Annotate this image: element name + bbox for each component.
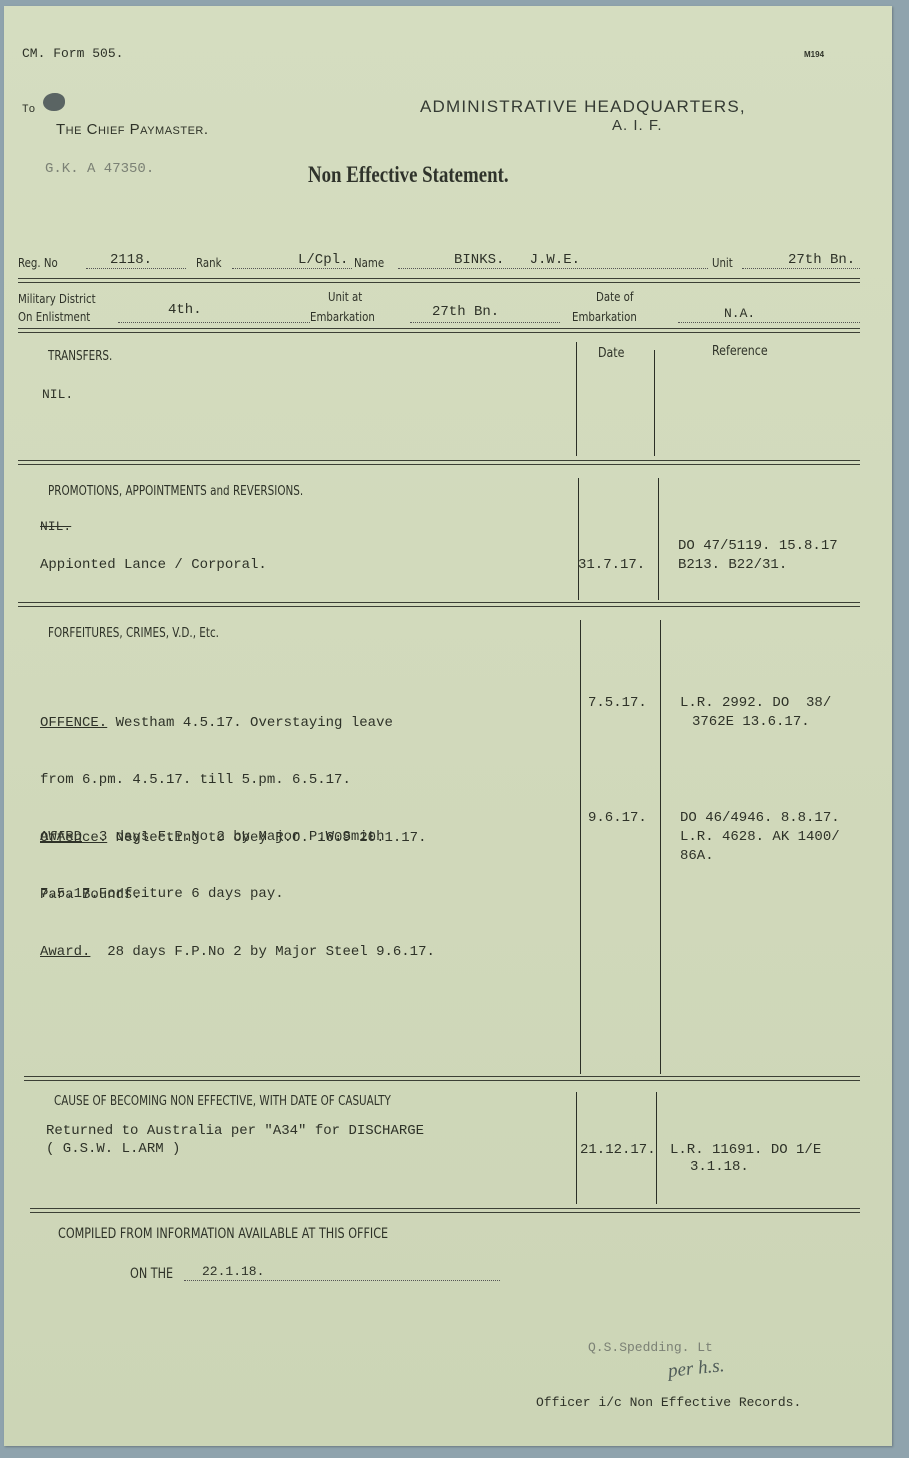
promotions-date: 31.7.17. [578, 557, 645, 573]
promotions-reference-2: B213. B22/31. [678, 557, 787, 573]
date-column-header: Date [598, 346, 624, 361]
print-code: M194 [804, 50, 824, 59]
offence-detail: Para Bounds. [40, 886, 435, 905]
name-label: Name [354, 256, 384, 270]
unit-line [742, 268, 860, 269]
unit-at-embarkation-label-1: Unit at [328, 290, 362, 304]
unit-value: 27th Bn. [788, 252, 855, 268]
divider [18, 278, 860, 283]
offence-label: OFFENCE. [40, 715, 107, 731]
transfers-heading: TRANSFERS. [48, 349, 112, 364]
signature-handwritten: per h.s. [667, 1355, 725, 1383]
reference-column-header: Reference [712, 344, 768, 359]
rank-value: L/Cpl. [298, 252, 348, 268]
date-of-embarkation-label-1: Date of [596, 290, 633, 304]
transfers-entry: NIL. [42, 387, 73, 402]
forfeiture-2-date: 9.6.17. [588, 810, 647, 826]
on-the-value: 22.1.18. [202, 1264, 264, 1279]
unit-at-embarkation-label-2: Embarkation [310, 310, 375, 324]
on-the-line [184, 1280, 500, 1281]
forfeiture-2-reference-1: DO 46/4946. 8.8.17. [680, 810, 840, 826]
reg-no-value: 2118. [110, 252, 152, 268]
cause-date: 21.12.17. [580, 1142, 656, 1158]
rank-label: Rank [196, 256, 221, 270]
divider [24, 1076, 860, 1081]
column-divider [576, 342, 577, 456]
forfeiture-2-reference-3: 86A. [680, 848, 714, 864]
military-district-label-2: On Enlistment [18, 310, 90, 324]
cause-reference-2: 3.1.18. [690, 1159, 749, 1175]
rank-line [232, 268, 352, 269]
form-id: CM. Form 505. [22, 46, 123, 61]
promotions-heading: PROMOTIONS, APPOINTMENTS and REVERSIONS. [48, 484, 303, 499]
promotions-entry: Appionted Lance / Corporal. [40, 557, 267, 573]
forfeiture-1-reference-1: L.R. 2992. DO 38/ [680, 695, 831, 711]
divider [18, 328, 860, 333]
divider [18, 460, 860, 465]
offence-text: Westham 4.5.17. Overstaying leave [107, 715, 393, 731]
document-page: CM. Form 505. M194 To The Chief Paymaste… [4, 6, 892, 1446]
divider [30, 1208, 860, 1213]
reg-no-line [86, 268, 186, 269]
column-divider [654, 350, 655, 456]
punch-hole [43, 93, 65, 111]
column-divider [578, 478, 579, 600]
column-divider [658, 478, 659, 600]
reg-no-label: Reg. No [18, 256, 58, 270]
unit-at-embarkation-value: 27th Bn. [432, 304, 499, 320]
cause-line-1: Returned to Australia per "A34" for DISC… [46, 1123, 424, 1139]
addressee: The Chief Paymaster. [56, 121, 209, 138]
date-of-embarkation-value: N.A. [724, 306, 755, 321]
on-the-label: ON THE [130, 1266, 173, 1282]
divider [18, 602, 860, 607]
name-value: BINKS. J.W.E. [454, 252, 580, 268]
name-line [398, 268, 708, 269]
date-of-embarkation-line [678, 322, 860, 323]
document-title: Non Effective Statement. [308, 162, 509, 188]
forfeiture-2-reference-2: L.R. 4628. AK 1400/ [680, 829, 840, 845]
military-district-label-1: Military District [18, 292, 96, 306]
promotions-reference-1: DO 47/5119. 15.8.17 [678, 538, 838, 554]
column-divider [656, 1092, 657, 1204]
signature-title: Officer i/c Non Effective Records. [536, 1395, 801, 1410]
signature-typed-name: Q.S.Spedding. Lt [588, 1340, 713, 1355]
cause-reference-1: L.R. 11691. DO 1/E [670, 1142, 821, 1158]
column-divider [580, 620, 581, 1074]
unit-at-embarkation-line [410, 322, 560, 323]
forfeiture-entry-2: Offence. Neglecting to obey R.O. 1609 20… [40, 791, 435, 1000]
cause-line-2: ( G.S.W. L.ARM ) [46, 1141, 180, 1157]
promotions-struck-entry: NIL. [40, 519, 71, 534]
forfeitures-heading: FORFEITURES, CRIMES, V.D., Etc. [48, 626, 219, 641]
hq-subtitle: A. I. F. [612, 117, 663, 134]
military-district-value: 4th. [168, 302, 202, 318]
offence-detail: from 6.pm. 4.5.17. till 5.pm. 6.5.17. [40, 771, 393, 790]
offence-label: Offence. [40, 830, 107, 846]
column-divider [660, 620, 661, 1074]
compiled-text: COMPILED FROM INFORMATION AVAILABLE AT T… [58, 1226, 388, 1242]
forfeiture-1-reference-2: 3762E 13.6.17. [692, 714, 810, 730]
date-of-embarkation-label-2: Embarkation [572, 310, 637, 324]
forfeiture-1-date: 7.5.17. [588, 695, 647, 711]
column-divider [576, 1092, 577, 1204]
award-text: 28 days F.P.No 2 by Major Steel 9.6.17. [90, 944, 434, 960]
offence-text: Neglecting to obey R.O. 1609 20.1.17. [107, 830, 426, 846]
military-district-line [118, 322, 310, 323]
unit-label: Unit [712, 256, 733, 270]
file-reference: G.K. A 47350. [45, 161, 154, 177]
award-label: Award. [40, 944, 90, 960]
hq-title: ADMINISTRATIVE HEADQUARTERS, [420, 97, 746, 117]
cause-heading: CAUSE OF BECOMING NON EFFECTIVE, WITH DA… [54, 1094, 391, 1109]
to-label: To [22, 104, 35, 116]
